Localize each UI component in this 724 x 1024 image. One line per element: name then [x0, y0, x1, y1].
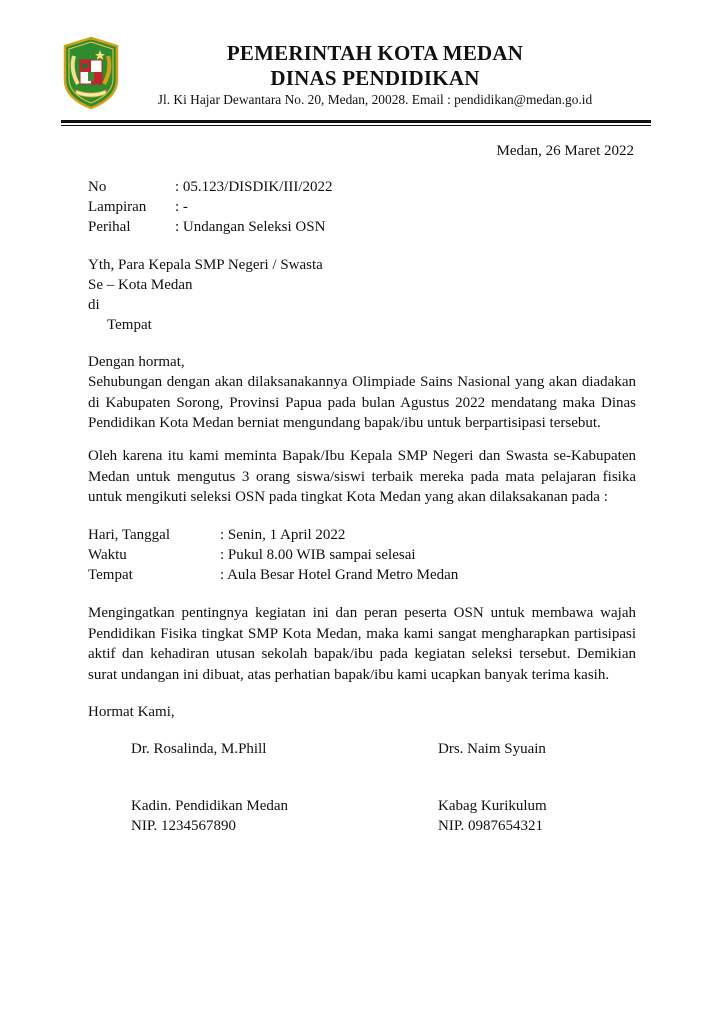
- event-label-place: Tempat: [88, 566, 133, 585]
- signatory-1-name: Dr. Rosalinda, M.Phill: [131, 740, 266, 759]
- greeting: Dengan hormat,: [88, 353, 185, 372]
- recipient-line-3: di: [88, 296, 100, 315]
- closing-salutation: Hormat Kami,: [88, 703, 175, 722]
- medan-city-emblem-icon: [62, 36, 120, 110]
- meta-value-attachment: : -: [175, 198, 188, 217]
- meta-value-subject: : Undangan Seleksi OSN: [175, 218, 325, 237]
- letterhead-divider-thick: [61, 120, 651, 123]
- signatory-1-nip: NIP. 1234567890: [131, 817, 236, 836]
- recipient-line-2: Se – Kota Medan: [88, 276, 193, 295]
- recipient-line-1: Yth, Para Kepala SMP Negeri / Swasta: [88, 256, 323, 275]
- letterhead-divider-thin: [61, 125, 651, 126]
- letterhead-title-government: PEMERINTAH KOTA MEDAN: [140, 41, 610, 66]
- signatory-2-position: Kabag Kurikulum: [438, 797, 547, 816]
- event-value-date: : Senin, 1 April 2022: [220, 526, 345, 545]
- letter-date: Medan, 26 Maret 2022: [497, 142, 634, 161]
- meta-label-subject: Perihal: [88, 218, 131, 237]
- meta-label-attachment: Lampiran: [88, 198, 146, 217]
- event-value-place: : Aula Besar Hotel Grand Metro Medan: [220, 566, 458, 585]
- signatory-2-name: Drs. Naim Syuain: [438, 740, 546, 759]
- signatory-1-position: Kadin. Pendidikan Medan: [131, 797, 288, 816]
- event-label-time: Waktu: [88, 546, 127, 565]
- paragraph-2: Oleh karena itu kami meminta Bapak/Ibu K…: [88, 446, 636, 508]
- letterhead-address: Jl. Ki Hajar Dewantara No. 20, Medan, 20…: [140, 92, 610, 108]
- meta-label-number: No: [88, 178, 106, 197]
- event-label-date: Hari, Tanggal: [88, 526, 170, 545]
- event-value-time: : Pukul 8.00 WIB sampai selesai: [220, 546, 416, 565]
- letterhead-title-agency: DINAS PENDIDIKAN: [140, 66, 610, 91]
- paragraph-3: Mengingatkan pentingnya kegiatan ini dan…: [88, 603, 636, 685]
- signatory-2-nip: NIP. 0987654321: [438, 817, 543, 836]
- paragraph-1: Sehubungan dengan akan dilaksanakannya O…: [88, 372, 636, 434]
- meta-value-number: : 05.123/DISDIK/III/2022: [175, 178, 333, 197]
- recipient-line-4: Tempat: [107, 316, 152, 335]
